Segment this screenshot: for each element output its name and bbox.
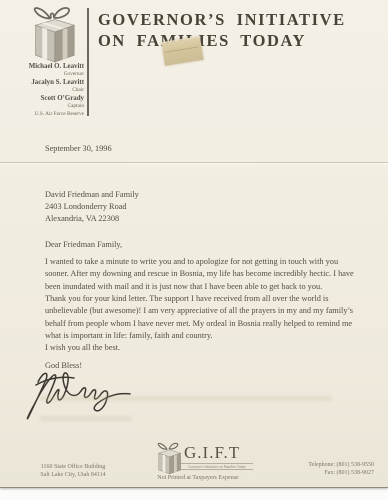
officials-list: Michael O. Leavitt Governor Jacalyn S. L… [0, 63, 84, 119]
bleed-through-artifact [40, 396, 332, 401]
recipient-line: 2403 Londonderry Road [45, 201, 139, 213]
gift-box-icon [151, 440, 184, 475]
page-title: GOVERNOR’S INITIATIVE ON FAMILIES TODAY [98, 9, 346, 51]
header-divider [87, 8, 89, 116]
title-line-1: GOVERNOR’S INITIATIVE [98, 10, 346, 29]
official-name: Jacalyn S. Leavitt [0, 79, 84, 87]
official-entry: Michael O. Leavitt Governor [0, 63, 84, 78]
tape-artifact [161, 36, 203, 66]
paragraph-3: I wish you all the best. [45, 342, 363, 354]
paragraph-2: Thank you for your kind letter. The supp… [45, 293, 363, 342]
title-line-2: ON FAMILIES TODAY [98, 31, 306, 50]
paragraph-1: I wanted to take a minute to write you a… [45, 256, 363, 293]
footer-contact: Telephone: (801) 538-9550 Fax: (801) 538… [244, 462, 374, 477]
official-subtitle: U.S. Air Force Reserve [0, 111, 84, 118]
letter-date: September 30, 1996 [45, 143, 112, 155]
recipient-line: Alexandria, VA 22308 [45, 213, 139, 225]
scan-background: { "letterhead": { "title_line1": "GOVERN… [0, 0, 388, 500]
official-title: Governor [0, 71, 84, 78]
salutation: Dear Friedman Family, [45, 239, 122, 251]
official-entry: Scott O’Grady Captain U.S. Air Force Res… [0, 95, 84, 118]
recipient-address: David Friedman and Family 2403 Londonder… [45, 189, 139, 224]
official-title: Captain [0, 103, 84, 110]
footer-address-line: 1160 State Office Building [18, 464, 128, 472]
gift-wordmark: G.I.F.T [184, 443, 240, 463]
recipient-line: David Friedman and Family [45, 189, 139, 201]
letter-paper: GOVERNOR’S INITIATIVE ON FAMILIES TODAY … [0, 0, 388, 488]
official-name: Scott O’Grady [0, 95, 84, 103]
footer-address: 1160 State Office Building Salt Lake Cit… [18, 464, 128, 479]
fold-crease [0, 162, 388, 166]
official-title: Chair [0, 87, 84, 94]
signature [24, 362, 142, 422]
footer-tagline: Not Printed at Taxpayers Expense [138, 475, 258, 481]
bleed-through-artifact [40, 416, 132, 421]
gift-box-icon [22, 2, 80, 64]
footer-address-line: Salt Lake City, Utah 84114 [18, 472, 128, 480]
footer-telephone: Telephone: (801) 538-9550 [244, 462, 374, 470]
footer-fax: Fax: (801) 538-9027 [244, 470, 374, 478]
gift-caption: Governor’s Initiative on Families Today [181, 463, 253, 470]
official-entry: Jacalyn S. Leavitt Chair [0, 79, 84, 94]
official-name: Michael O. Leavitt [0, 63, 84, 71]
